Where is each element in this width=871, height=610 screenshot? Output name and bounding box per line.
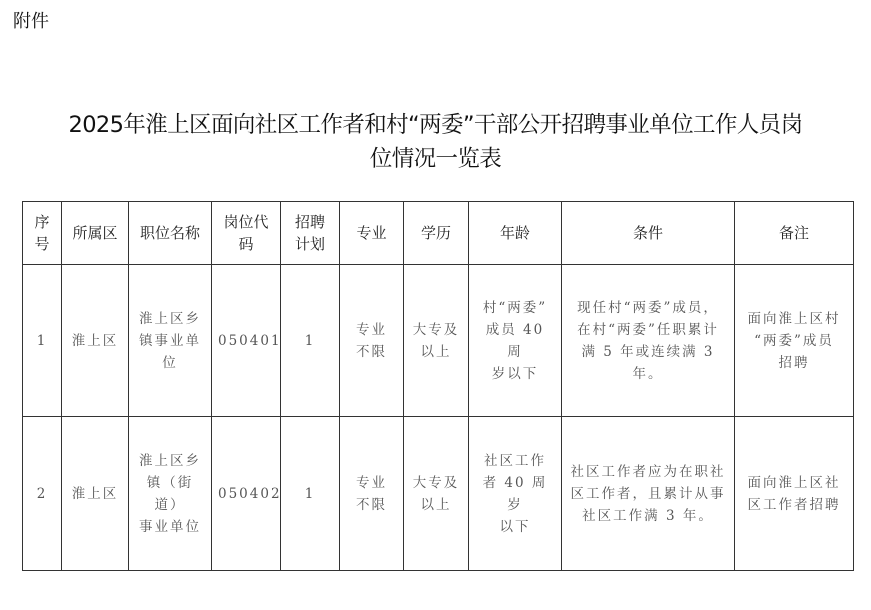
cell-position-name: 淮上区乡 镇事业单 位: [129, 265, 212, 417]
header-conditions: 条件: [562, 202, 735, 265]
header-age: 年龄: [469, 202, 562, 265]
cell-position-code: 050402: [212, 417, 281, 571]
header-seq: 序 号: [23, 202, 62, 265]
cell-hiring-plan: 1: [281, 265, 340, 417]
header-position-name: 职位名称: [129, 202, 212, 265]
header-hiring-plan: 招聘 计划: [281, 202, 340, 265]
cell-remarks: 面向淮上区村 “两委”成员 招聘: [735, 265, 854, 417]
document-title: 2025年淮上区面向社区工作者和村“两委”干部公开招聘事业单位工作人员岗 位情况…: [0, 108, 871, 176]
cell-seq: 1: [23, 265, 62, 417]
cell-conditions: 现任村“两委”成员， 在村“两委”任职累计 满 5 年或连续满 3 年。: [562, 265, 735, 417]
cell-district: 淮上区: [62, 417, 129, 571]
header-position-code: 岗位代 码: [212, 202, 281, 265]
cell-education: 大专及 以上: [404, 265, 469, 417]
cell-district: 淮上区: [62, 265, 129, 417]
title-line-2: 位情况一览表: [0, 142, 871, 176]
cell-major: 专业 不限: [340, 417, 404, 571]
cell-position-name: 淮上区乡 镇（街道） 事业单位: [129, 417, 212, 571]
header-major: 专业: [340, 202, 404, 265]
cell-seq: 2: [23, 417, 62, 571]
cell-position-code: 050401: [212, 265, 281, 417]
table-header-row: 序 号 所属区 职位名称 岗位代 码 招聘 计划 专业 学历: [23, 202, 854, 265]
table-row: 1 淮上区 淮上区乡 镇事业单 位 050401 1 专业 不限 大专及 以上 …: [23, 265, 854, 417]
cell-conditions: 社区工作者应为在职社 区工作者，且累计从事 社区工作满 3 年。: [562, 417, 735, 571]
recruitment-table: 序 号 所属区 职位名称 岗位代 码 招聘 计划 专业 学历: [22, 201, 854, 571]
table-row: 2 淮上区 淮上区乡 镇（街道） 事业单位 050402 1 专业 不限 大专及…: [23, 417, 854, 571]
cell-education: 大专及 以上: [404, 417, 469, 571]
cell-remarks: 面向淮上区社 区工作者招聘: [735, 417, 854, 571]
header-remarks: 备注: [735, 202, 854, 265]
attachment-label: 附件: [13, 7, 49, 33]
title-line-1: 2025年淮上区面向社区工作者和村“两委”干部公开招聘事业单位工作人员岗: [0, 108, 871, 142]
cell-major: 专业 不限: [340, 265, 404, 417]
cell-hiring-plan: 1: [281, 417, 340, 571]
header-district: 所属区: [62, 202, 129, 265]
cell-age: 社区工作 者 40 周岁 以下: [469, 417, 562, 571]
cell-age: 村“两委” 成员 40 周 岁以下: [469, 265, 562, 417]
header-education: 学历: [404, 202, 469, 265]
